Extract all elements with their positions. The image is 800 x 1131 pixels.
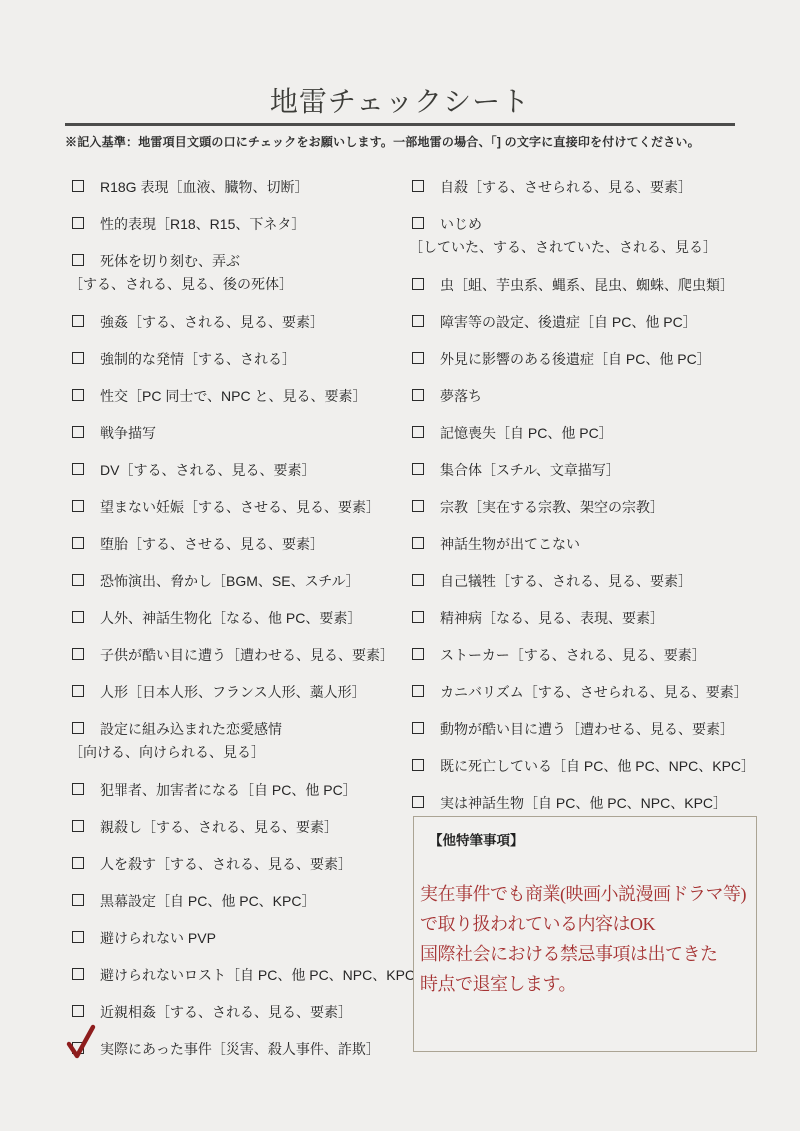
checklist-item-row: 人を殺す［する、される、見る、要素］ [65,853,410,875]
checklist-item-row: 親殺し［する、される、見る、要素］ [65,816,410,838]
checklist-item-row: 設定に組み込まれた恋愛感情 [65,718,410,740]
checklist-item: 既に死亡している［自 PC、他 PC、NPC、KPC］ [405,755,770,777]
other-notes-text: 実在事件でも商業(映画小説漫画ドラマ等) で取り扱われている内容はOK 国際社会… [420,879,754,999]
checklist-item-label: 障害等の設定、後遺症［自 PC、他 PC］ [440,311,697,333]
checklist-column-left: R18G 表現［血液、臓物、切断］性的表現［R18、R15、下ネタ］死体を切り刻… [65,176,410,1075]
checkbox[interactable] [72,931,84,943]
checklist-item-row: 性交［PC 同士で、NPC と、見る、要素］ [65,385,410,407]
checkbox[interactable] [72,500,84,512]
checklist-item-label: 強姦［する、される、見る、要素］ [100,311,324,333]
checklist-item-row: 黒幕設定［自 PC、他 PC、KPC］ [65,890,410,912]
checklist-item-row: 人外、神話生物化［なる、他 PC、要素］ [65,607,410,629]
checklist-item: 戦争描写 [65,422,410,444]
checklist-item-row: 実際にあった事件［災害、殺人事件、詐欺］ [65,1038,410,1060]
checklist-item: 強姦［する、される、見る、要素］ [65,311,410,333]
checklist-item: 性的表現［R18、R15、下ネタ］ [65,213,410,235]
checkbox[interactable] [72,463,84,475]
checklist-item: 精神病［なる、見る、表現、要素］ [405,607,770,629]
checkbox[interactable] [412,611,424,623]
checklist-item: 避けられない PVP [65,927,410,949]
checklist-item-label: 恐怖演出、脅かし［BGM、SE、スチル］ [100,570,360,592]
checklist-item-label: 近親相姦［する、される、見る、要素］ [100,1001,352,1023]
checklist-item-row: 恐怖演出、脅かし［BGM、SE、スチル］ [65,570,410,592]
checkbox[interactable] [412,180,424,192]
checklist-item-row: 死体を切り刻む、弄ぶ [65,250,410,272]
checklist-item-row: 避けられないロスト［自 PC、他 PC、NPC、KPC］ [65,964,410,986]
checklist-item-label: 精神病［なる、見る、表現、要素］ [440,607,664,629]
checklist-item: 記憶喪失［自 PC、他 PC］ [405,422,770,444]
checklist-item-row: 性的表現［R18、R15、下ネタ］ [65,213,410,235]
checklist-item-label: 神話生物が出てこない [440,533,580,555]
other-notes-box: 【他特筆事項】 実在事件でも商業(映画小説漫画ドラマ等) で取り扱われている内容… [413,816,757,1052]
checkbox[interactable] [72,574,84,586]
checklist-item: 実は神話生物［自 PC、他 PC、NPC、KPC］ [405,792,770,814]
checkbox[interactable] [72,685,84,697]
red-checkmark-icon [65,1024,97,1060]
checkbox[interactable] [72,820,84,832]
checklist-item-label: 外見に影響のある後遺症［自 PC、他 PC］ [440,348,711,370]
checkbox[interactable] [72,1005,84,1017]
checklist-item: 死体を切り刻む、弄ぶ［する、される、見る、後の死体］ [65,250,410,296]
checklist-item: R18G 表現［血液、臓物、切断］ [65,176,410,198]
checklist-item: カニバリズム［する、させられる、見る、要素］ [405,681,770,703]
checkbox[interactable] [72,254,84,266]
checkbox[interactable] [412,463,424,475]
checklist-item-row: 動物が酷い目に遭う［遭わせる、見る、要素］ [405,718,770,740]
checkbox[interactable] [412,685,424,697]
checklist-item-label: 犯罪者、加害者になる［自 PC、他 PC］ [100,779,357,801]
checklist-item-row: 外見に影響のある後遺症［自 PC、他 PC］ [405,348,770,370]
checklist-item-label: R18G 表現［血液、臓物、切断］ [100,176,308,198]
checklist-item-row: 障害等の設定、後遺症［自 PC、他 PC］ [405,311,770,333]
checklist-item: 夢落ち [405,385,770,407]
checklist-item-label: 望まない妊娠［する、させる、見る、要素］ [100,496,380,518]
checklist-item-label: 人形［日本人形、フランス人形、藁人形］ [100,681,366,703]
checklist-item: 黒幕設定［自 PC、他 PC、KPC］ [65,890,410,912]
checklist-item-row: 犯罪者、加害者になる［自 PC、他 PC］ [65,779,410,801]
checkbox[interactable] [412,796,424,808]
checkbox[interactable] [72,180,84,192]
checklist-item-label: 強制的な発情［する、される］ [100,348,296,370]
checkbox[interactable] [72,217,84,229]
checklist-item-row: 虫［蛆、芋虫系、蝿系、昆虫、蜘蛛、爬虫類］ [405,274,770,296]
checklist-item-row: 人形［日本人形、フランス人形、藁人形］ [65,681,410,703]
checklist-item-row: 強制的な発情［する、される］ [65,348,410,370]
checkbox[interactable] [412,500,424,512]
checklist-item-row: 近親相姦［する、される、見る、要素］ [65,1001,410,1023]
checklist-item-row: 自殺［する、させられる、見る、要素］ [405,176,770,198]
checklist-item: 動物が酷い目に遭う［遭わせる、見る、要素］ [405,718,770,740]
checklist-item-label: 実際にあった事件［災害、殺人事件、詐欺］ [100,1038,380,1060]
checklist-item: いじめ［していた、する、されていた、される、見る］ [405,213,770,259]
checklist-item-row: 自己犠牲［する、される、見る、要素］ [405,570,770,592]
checklist-item-label: 夢落ち [440,385,482,407]
checkbox[interactable] [72,537,84,549]
checklist-item-label: 堕胎［する、させる、見る、要素］ [100,533,324,555]
checklist-item: 望まない妊娠［する、させる、見る、要素］ [65,496,410,518]
checklist-item: 人を殺す［する、される、見る、要素］ [65,853,410,875]
checkbox[interactable] [72,722,84,734]
checkbox-checked[interactable] [72,1042,84,1054]
checklist-item-sublabel: ［する、される、見る、後の死体］ [69,272,410,296]
checklist-item-label: 避けられない PVP [100,927,216,949]
checklist-item-row: 集合体［スチル、文章描写］ [405,459,770,481]
checklist-item-label: 性的表現［R18、R15、下ネタ］ [100,213,305,235]
checkbox[interactable] [412,389,424,401]
checklist-item: 自殺［する、させられる、見る、要素］ [405,176,770,198]
checklist-item-label: 虫［蛆、芋虫系、蝿系、昆虫、蜘蛛、爬虫類］ [440,274,734,296]
checklist-item-label: 子供が酷い目に遭う［遭わせる、見る、要素］ [100,644,394,666]
checklist-item: 強制的な発情［する、される］ [65,348,410,370]
checkbox[interactable] [72,857,84,869]
checklist-item: 近親相姦［する、される、見る、要素］ [65,1001,410,1023]
checklist-item-label: 実は神話生物［自 PC、他 PC、NPC、KPC］ [440,792,727,814]
checklist-item: 人外、神話生物化［なる、他 PC、要素］ [65,607,410,629]
checklist-item-label: 集合体［スチル、文章描写］ [440,459,620,481]
checklist-item: 性交［PC 同士で、NPC と、見る、要素］ [65,385,410,407]
checklist-item: 外見に影響のある後遺症［自 PC、他 PC］ [405,348,770,370]
checklist-item-label: 性交［PC 同士で、NPC と、見る、要素］ [100,385,367,407]
checklist-item-label: 人を殺す［する、される、見る、要素］ [100,853,352,875]
checklist-item: 人形［日本人形、フランス人形、藁人形］ [65,681,410,703]
checkbox[interactable] [72,426,84,438]
checklist-column-right: 自殺［する、させられる、見る、要素］いじめ［していた、する、されていた、される、… [405,176,770,829]
checklist-item-label: 既に死亡している［自 PC、他 PC、NPC、KPC］ [440,755,755,777]
checkbox[interactable] [412,537,424,549]
checkbox[interactable] [412,426,424,438]
checklist-item-label: カニバリズム［する、させられる、見る、要素］ [440,681,748,703]
checklist-item-row: 堕胎［する、させる、見る、要素］ [65,533,410,555]
checklist-item: 子供が酷い目に遭う［遭わせる、見る、要素］ [65,644,410,666]
checklist-item-row: 夢落ち [405,385,770,407]
checklist-item-row: 戦争描写 [65,422,410,444]
check-sheet-page: 地雷チェックシート ※記入基準：地雷項目文頭の口にチェックをお願いします。一部地… [0,0,800,1131]
checklist-item-row: 記憶喪失［自 PC、他 PC］ [405,422,770,444]
checkbox[interactable] [412,722,424,734]
checklist-item: 宗教［実在する宗教、架空の宗教］ [405,496,770,518]
checklist-item: ストーカー［する、される、見る、要素］ [405,644,770,666]
checklist-item: 実際にあった事件［災害、殺人事件、詐欺］ [65,1038,410,1060]
checklist-item-row: 強姦［する、される、見る、要素］ [65,311,410,333]
checklist-item-row: ストーカー［する、される、見る、要素］ [405,644,770,666]
checklist-item-label: DV［する、される、見る、要素］ [100,459,315,481]
checklist-item-label: 戦争描写 [100,422,156,444]
title-divider [65,123,735,126]
checklist-item: 避けられないロスト［自 PC、他 PC、NPC、KPC］ [65,964,410,986]
checklist-item-label: 親殺し［する、される、見る、要素］ [100,816,338,838]
checklist-item: 設定に組み込まれた恋愛感情［向ける、向けられる、見る］ [65,718,410,764]
checkbox[interactable] [72,352,84,364]
checklist-item: 神話生物が出てこない [405,533,770,555]
checklist-item-row: 神話生物が出てこない [405,533,770,555]
checklist-item-row: いじめ [405,213,770,235]
checklist-item-sublabel: ［していた、する、されていた、される、見る］ [409,235,770,259]
checklist-item-label: ストーカー［する、される、見る、要素］ [440,644,706,666]
checklist-item-row: 既に死亡している［自 PC、他 PC、NPC、KPC］ [405,755,770,777]
checkbox[interactable] [412,759,424,771]
checkbox[interactable] [412,352,424,364]
checkbox[interactable] [72,648,84,660]
checklist-item-row: 実は神話生物［自 PC、他 PC、NPC、KPC］ [405,792,770,814]
checklist-item-label: 宗教［実在する宗教、架空の宗教］ [440,496,664,518]
checklist-item: 犯罪者、加害者になる［自 PC、他 PC］ [65,779,410,801]
checklist-item-row: 避けられない PVP [65,927,410,949]
checkbox[interactable] [72,389,84,401]
checklist-item: 虫［蛆、芋虫系、蝿系、昆虫、蜘蛛、爬虫類］ [405,274,770,296]
checklist-item: 自己犠牲［する、される、見る、要素］ [405,570,770,592]
checklist-item-label: 自殺［する、させられる、見る、要素］ [440,176,692,198]
checklist-item-row: 精神病［なる、見る、表現、要素］ [405,607,770,629]
checklist-item-label: 記憶喪失［自 PC、他 PC］ [440,422,613,444]
checklist-item-row: 宗教［実在する宗教、架空の宗教］ [405,496,770,518]
checklist-item: 堕胎［する、させる、見る、要素］ [65,533,410,555]
checkbox[interactable] [412,315,424,327]
checklist-item-row: DV［する、される、見る、要素］ [65,459,410,481]
checkbox[interactable] [412,648,424,660]
checklist-item-row: R18G 表現［血液、臓物、切断］ [65,176,410,198]
checklist-item-row: 子供が酷い目に遭う［遭わせる、見る、要素］ [65,644,410,666]
checkbox[interactable] [72,315,84,327]
checkbox[interactable] [412,574,424,586]
checklist-item-row: 望まない妊娠［する、させる、見る、要素］ [65,496,410,518]
checkbox[interactable] [72,894,84,906]
checkbox[interactable] [72,968,84,980]
checklist-item-label: 人外、神話生物化［なる、他 PC、要素］ [100,607,361,629]
fill-in-instructions: ※記入基準：地雷項目文頭の口にチェックをお願いします。一部地雷の場合、「] の文… [65,133,755,150]
checklist-item-label: 死体を切り刻む、弄ぶ [100,250,240,272]
checklist-item-row: カニバリズム［する、させられる、見る、要素］ [405,681,770,703]
checkbox[interactable] [72,783,84,795]
other-notes-heading: 【他特筆事項】 [429,829,524,849]
checklist-item: 恐怖演出、脅かし［BGM、SE、スチル］ [65,570,410,592]
checklist-item: DV［する、される、見る、要素］ [65,459,410,481]
page-title: 地雷チェックシート [0,80,800,120]
checklist-item: 親殺し［する、される、見る、要素］ [65,816,410,838]
checklist-item-label: 黒幕設定［自 PC、他 PC、KPC］ [100,890,315,912]
checklist-item-label: 動物が酷い目に遭う［遭わせる、見る、要素］ [440,718,734,740]
checkbox[interactable] [412,278,424,290]
checklist-item: 障害等の設定、後遺症［自 PC、他 PC］ [405,311,770,333]
checkbox[interactable] [412,217,424,229]
checkbox[interactable] [72,611,84,623]
checklist-item-label: 自己犠牲［する、される、見る、要素］ [440,570,692,592]
checklist-item-label: いじめ [440,213,482,235]
checklist-item-label: 避けられないロスト［自 PC、他 PC、NPC、KPC］ [100,964,429,986]
checklist-item-label: 設定に組み込まれた恋愛感情 [100,718,282,740]
checklist-item: 集合体［スチル、文章描写］ [405,459,770,481]
checklist-item-sublabel: ［向ける、向けられる、見る］ [69,740,410,764]
